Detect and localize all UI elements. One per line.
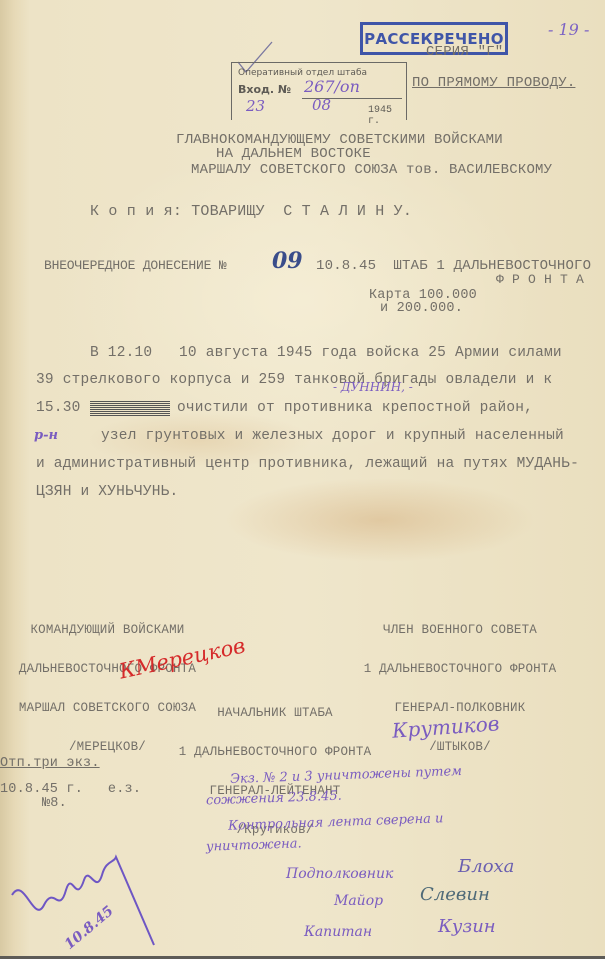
map-scale-2: и 200.000.	[380, 301, 463, 316]
chief-front: 1 ДАЛЬНЕВОСТОЧНОГО ФРОНТА	[150, 746, 400, 759]
stamp-day: 23	[246, 97, 265, 115]
handwritten-insert: - ДУННИН, -	[333, 380, 413, 394]
report-number-handwritten: 09	[272, 248, 303, 274]
body-line-3: очистили от противника крепостной район,	[177, 400, 533, 416]
council-title: ЧЛЕН ВОЕННОГО СОВЕТА	[340, 624, 580, 637]
body-line-2: 39 стрелкового корпуса и 259 танковой бр…	[36, 372, 552, 388]
transmission-label: ПО ПРЯМОМУ ПРОВОДУ.	[412, 75, 575, 91]
report-title: ВНЕОЧЕРЕДНОЕ ДОНЕСЕНИЕ №	[44, 258, 226, 273]
stamp-incoming-number: 267/оп	[304, 77, 360, 96]
officer-signature-1: Блоха	[458, 856, 514, 877]
body-line-5: и административный центр противника, леж…	[36, 456, 579, 472]
handwritten-correction: р-н	[34, 428, 58, 443]
officer-signature-3: Кузин	[438, 916, 496, 937]
officer-rank-1: Подполковник	[286, 866, 393, 882]
officer-rank-3: Капитан	[304, 924, 372, 940]
stamp-incoming-label: Вход. №	[238, 83, 291, 96]
officer-signature-2: Слевин	[420, 884, 490, 905]
address-line-2: НА ДАЛЬНЕМ ВОСТОКЕ	[216, 146, 371, 162]
body-line-1: В 12.10 10 августа 1945 года войска 25 А…	[90, 345, 562, 361]
struck-word: ХХХХХХХХХ	[90, 400, 170, 416]
incoming-registration-stamp: Оперативный отдел штаба Вход. № 267/оп 2…	[231, 62, 407, 120]
report-front: Ф Р О Н Т А	[496, 272, 584, 287]
officer-rank-2: Майор	[334, 893, 383, 909]
stamp-year: 1945 г.	[368, 105, 406, 127]
commander-title: КОМАНДУЮЩИЙ ВОЙСКАМИ	[0, 624, 215, 637]
stamp-month: 08	[312, 96, 331, 114]
bottom-left-signature-icon	[4, 835, 184, 955]
series-label: СЕРИЯ "Г"	[426, 44, 503, 60]
copies-count: Отп.три экз.	[0, 756, 100, 771]
dispatch-number: №8.	[42, 796, 67, 811]
body-line-4: узел грунтовых и железных дорог и крупны…	[101, 428, 564, 444]
copy-to-line: К о п и я: ТОВАРИЩУ С Т А Л И Н У.	[90, 203, 412, 220]
body-line-6: ЦЗЯН и ХУНЬЧУНЬ.	[36, 484, 178, 500]
chief-title: НАЧАЛЬНИК ШТАБА	[150, 707, 400, 720]
page-number: - 19 -	[548, 20, 589, 39]
dispatch-date: 10.8.45 г. е.з.	[0, 782, 141, 797]
council-front: 1 ДАЛЬНЕВОСТОЧНОГО ФРОНТА	[340, 663, 580, 676]
address-line-3: МАРШАЛУ СОВЕТСКОГО СОЮЗА тов. ВАСИЛЕВСКО…	[191, 162, 552, 178]
body-line-3-time: 15.30	[36, 400, 81, 416]
